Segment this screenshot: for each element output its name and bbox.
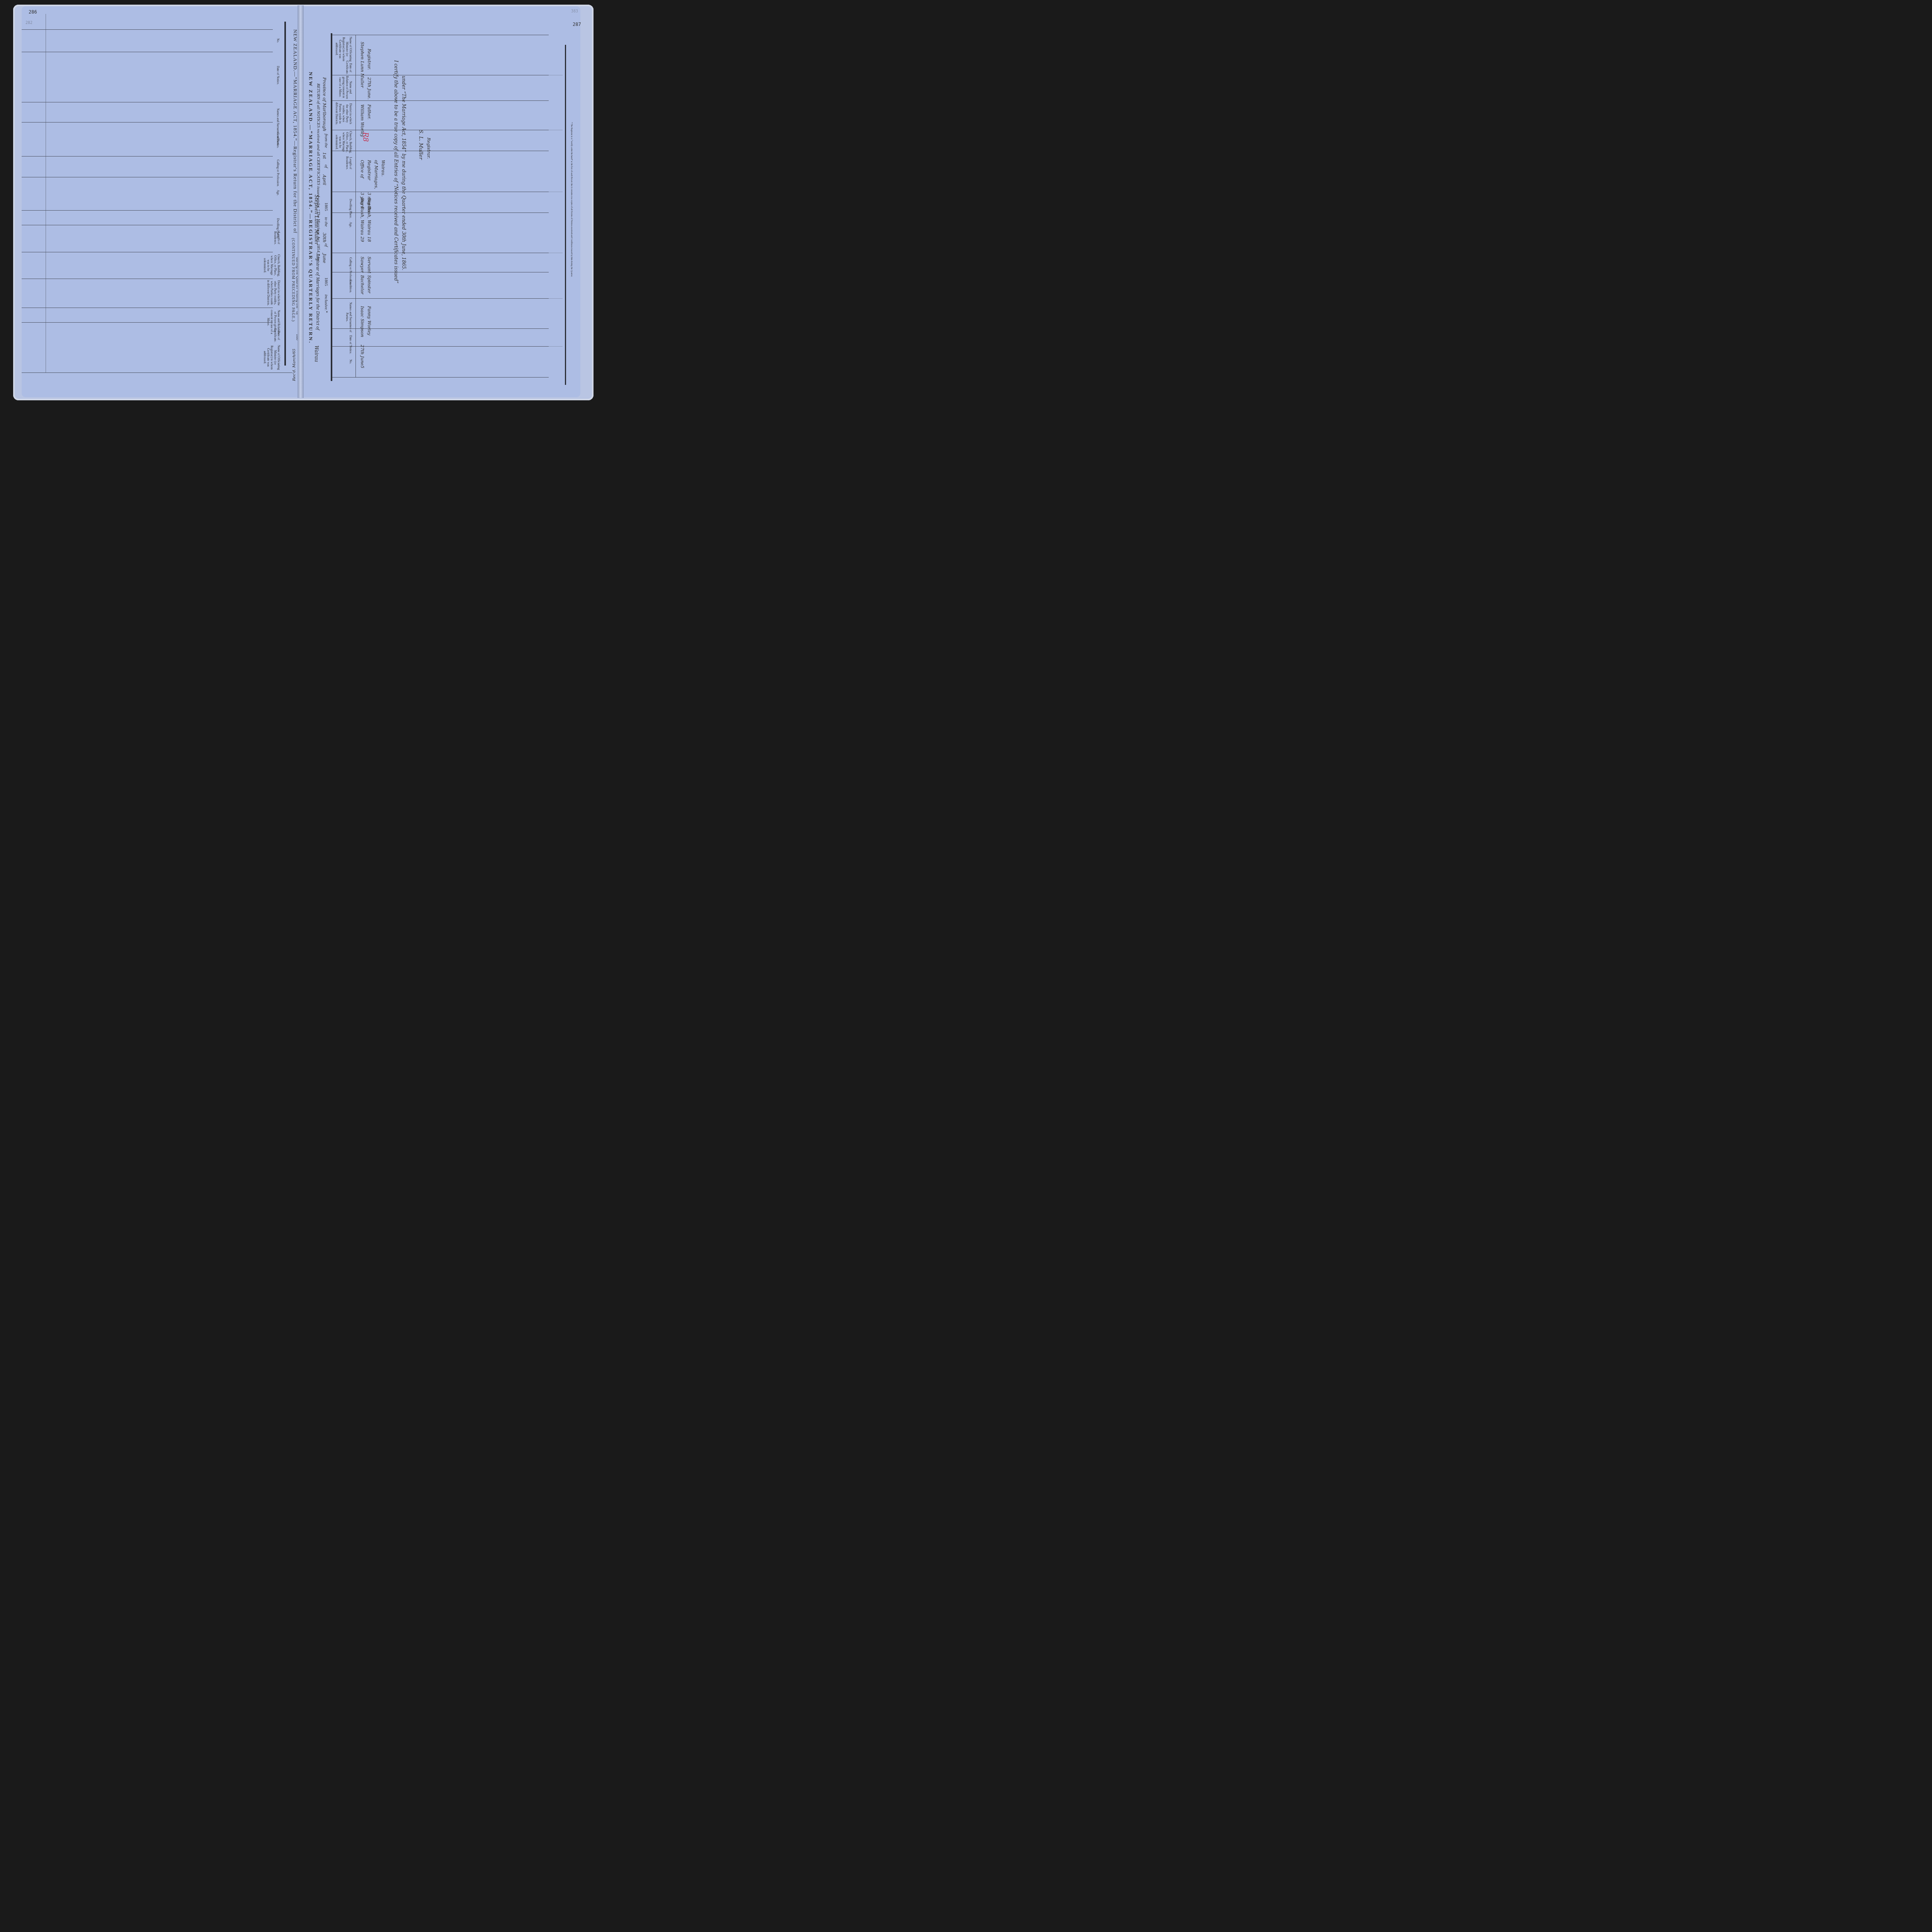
col-date-of-notice: Date of Notice. (276, 54, 280, 97)
r-col-calling: Calling or Profession. (349, 253, 352, 288)
entry-party-2: Fanny Worley (367, 306, 372, 335)
entry-condition-1: Bachelor (360, 275, 365, 294)
entry-residence-1: 3 years (360, 192, 365, 208)
inclusive-label: inclusive.* (324, 294, 328, 313)
r-col-dwelling: Dwelling Place. (349, 193, 352, 224)
col-condition: Condition. (276, 124, 280, 155)
entry-date: 27th June (360, 345, 365, 366)
entry-party-1: Isaac Simpson (360, 306, 365, 337)
to-of: of (324, 243, 328, 247)
from-month: April (322, 175, 327, 185)
to-year: 1865 (324, 277, 328, 286)
from-label: from the (324, 134, 328, 148)
from-of: of (324, 165, 328, 168)
entry-place-3: of Marriages, (374, 160, 379, 189)
header-rule-right (331, 33, 332, 381)
to-label: to the (324, 217, 328, 227)
entry-residence-2: 3 months (367, 192, 372, 213)
registrar-name: Stephen Lunn Muller (314, 195, 319, 245)
entry-place-1: Office of (360, 160, 365, 178)
book-gutter (298, 5, 304, 398)
left-page: 286 282 No. Date of Notice. Names and Su… (22, 6, 304, 397)
entry-date-cert: 27th June. (367, 77, 372, 100)
entry-age-1: 29 (360, 236, 365, 242)
page-number-left: 286 (29, 9, 37, 15)
right-title: NEW ZEALAND.—“MARRIAGE ACT, 1854.”—REGIS… (308, 72, 314, 344)
district-name: Wairau (314, 345, 319, 362)
entry-calling-2: Servant (367, 257, 372, 274)
col-residence: Length of Residence. (274, 226, 281, 250)
registrar-label: Registrar of Marriages for the District … (315, 253, 321, 330)
r-col-place: Church, Building, Office, or Place, wher… (335, 131, 352, 154)
left-subtitle: (CONTINUED FROM PRECEDING PAGE.) (291, 238, 295, 322)
certification-line-2: under “The Marriage Act, 1854” by me dur… (401, 76, 406, 270)
header-rule-left (284, 22, 286, 366)
col-age: Age. (276, 179, 280, 206)
entry-place-4: Wairau. (381, 160, 386, 177)
footnote: * The Registrar is to “certify under his… (570, 122, 573, 277)
right-page: 287 383 NEW ZEALAND.—“MARRIAGE ACT, 1854… (304, 6, 580, 397)
r-col-names: Names and Surnames of Parties. (345, 300, 352, 335)
entry-condition-2: Spinster (367, 275, 372, 293)
to-day: 30th (322, 233, 327, 243)
footer-rule (565, 45, 566, 385)
certification-line-1: I certify the above to be a true copy of… (393, 60, 399, 283)
signature: S. L. Muller (418, 130, 423, 160)
margin-note-1: Rec'd. March/65 (292, 349, 296, 381)
col-officiating: Name of Officiating Minister (or Registr… (263, 345, 281, 370)
col-district: District in which the other Party reside… (267, 280, 281, 306)
to-month: June (322, 253, 327, 263)
entry-consent-1: William Worley (360, 104, 365, 137)
col-place: Church, Building, Office, or Place, wher… (263, 253, 281, 277)
faint-stamp-left: 282 (26, 21, 32, 25)
r-col-officiating: Name of Officiating Minister (or Registr… (335, 36, 352, 62)
province: Province of Marlborough (322, 77, 327, 131)
entry-officiating-1: Stephen Lunn Muller (360, 42, 365, 88)
r-col-district: District in which the other Party reside… (335, 102, 352, 125)
entry-officiating-2: Registrar. (367, 49, 372, 70)
faint-stamp-right: 383 (571, 9, 578, 14)
entry-calling-1: Sawyer (360, 257, 365, 273)
col-date-cert: Date of Certificate. (274, 324, 281, 347)
from-day: 1st (322, 152, 327, 159)
page-number-right: 287 (573, 22, 581, 27)
r-col-consent: Name and Relation of Person giving conse… (338, 76, 352, 99)
entry-consent-2: Father. (367, 104, 372, 119)
signature-title: Registrar. (426, 138, 431, 159)
entry-age-2: 18 (367, 236, 372, 242)
r-col-residence: Length of Residence. (345, 152, 352, 174)
from-year: 1865 (324, 202, 328, 211)
entry-no: 5 (360, 366, 365, 368)
col-no: No. (276, 31, 280, 50)
entry-place-2: Registrar (367, 160, 372, 180)
